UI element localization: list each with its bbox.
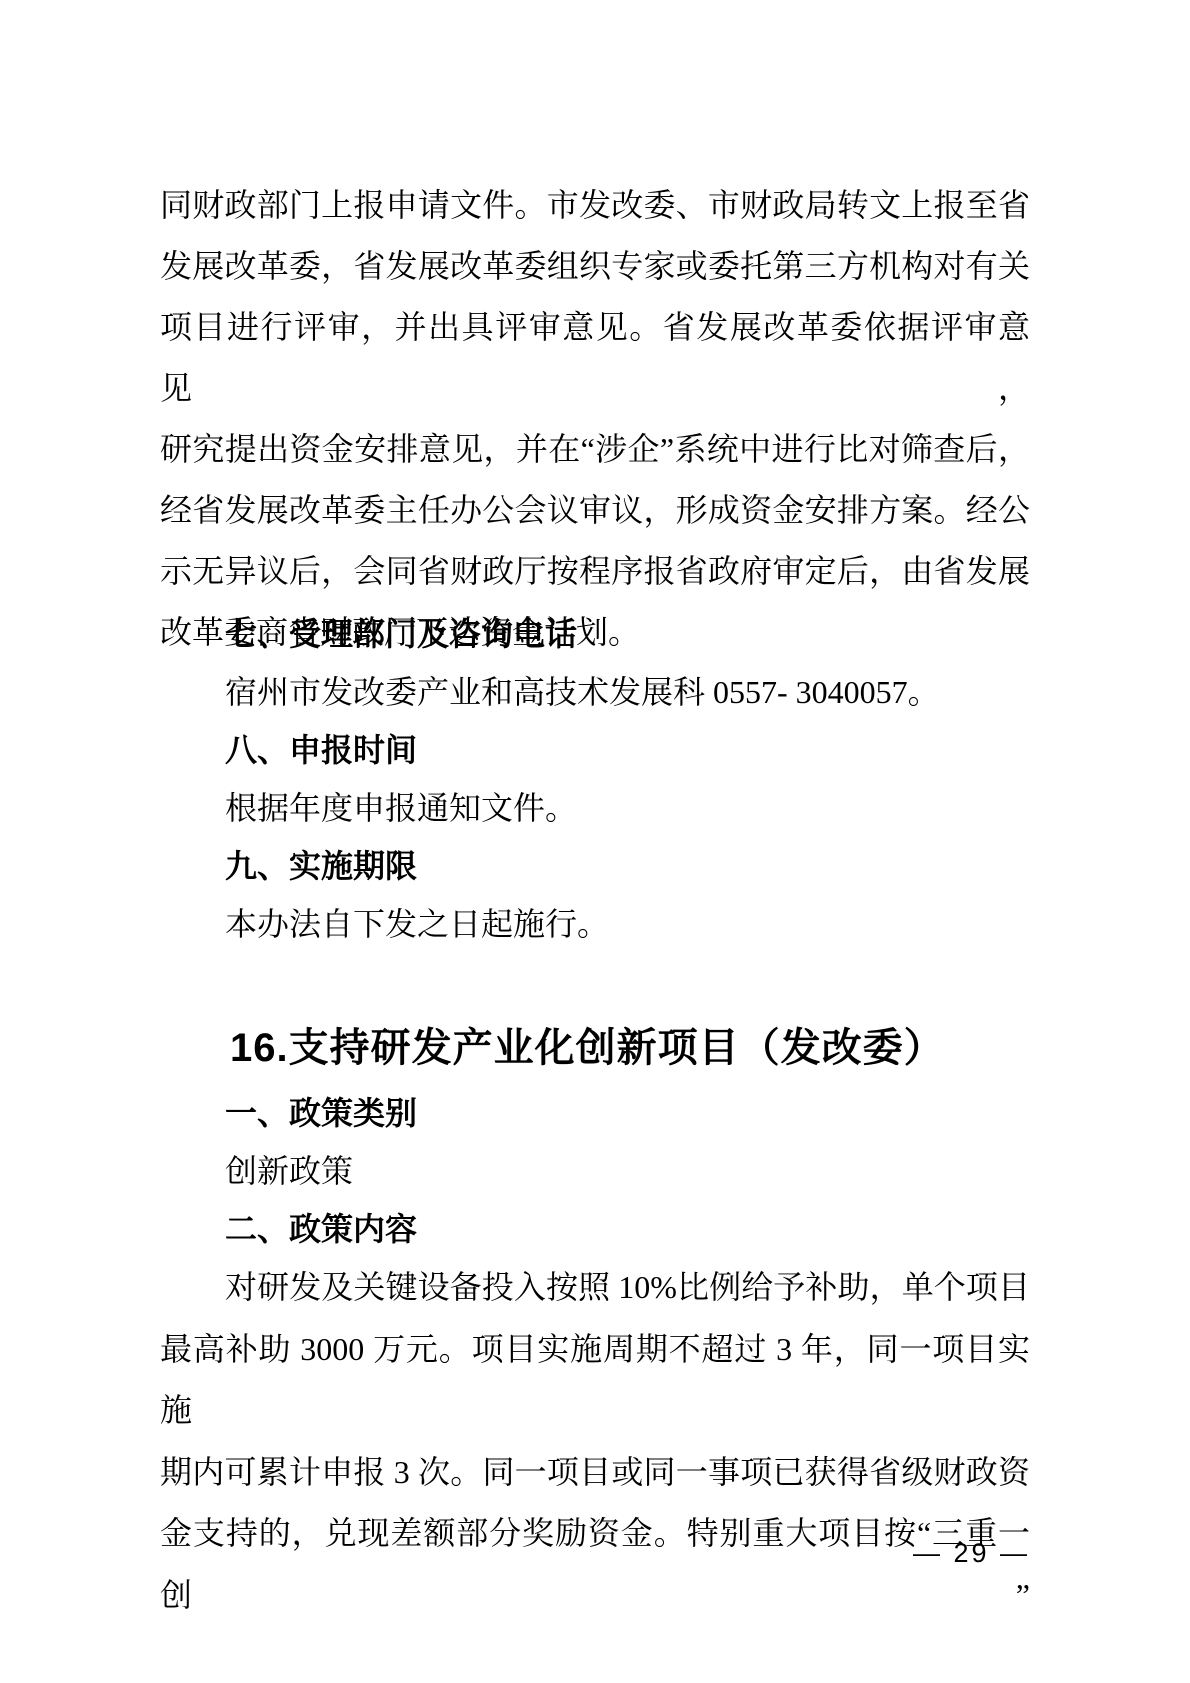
policy-content-paragraph: 对研发及关键设备投入按照 10%比例给予补助，单个项目 最高补助 3000 万元… (160, 1257, 1030, 1626)
section-8-body: 根据年度申报通知文件。 (160, 779, 1030, 837)
section-8-heading: 八、申报时间 (160, 721, 1030, 779)
continued-paragraph: 同财政部门上报申请文件。市发改委、市财政局转文上报至省 发展改革委，省发展改革委… (160, 175, 1030, 663)
body-line: 研究提出资金安排意见，并在“涉企”系统中进行比对筛查后， (160, 419, 1030, 480)
section-7-heading: 七、受理部门及咨询电话 (160, 605, 1030, 663)
sections-7-8-9: 七、受理部门及咨询电话 宿州市发改委产业和高技术发展科 0557- 304005… (160, 605, 1030, 953)
body-line: 经省发展改革委主任办公会议审议，形成资金安排方案。经公 (160, 480, 1030, 541)
body-line: 对研发及关键设备投入按照 10%比例给予补助，单个项目 (160, 1257, 1030, 1319)
item-16-title: 16.支持研发产业化创新项目（发改委） (160, 1020, 1030, 1076)
body-line: 示无异议后，会同省财政厅按程序报省政府审定后，由省发展 (160, 541, 1030, 602)
policy-category-heading: 一、政策类别 (160, 1084, 1030, 1142)
body-line: 期内可累计申报 3 次。同一项目或同一事项已获得省级财政资 (160, 1442, 1030, 1504)
item-16-sections: 一、政策类别 创新政策 二、政策内容 (160, 1084, 1030, 1258)
section-7-body: 宿州市发改委产业和高技术发展科 0557- 3040057。 (160, 663, 1030, 721)
policy-content-heading: 二、政策内容 (160, 1200, 1030, 1258)
body-line: 最高补助 3000 万元。项目实施周期不超过 3 年，同一项目实施 (160, 1319, 1030, 1442)
body-line: 发展改革委，省发展改革委组织专家或委托第三方机构对有关 (160, 236, 1030, 297)
document-page: 同财政部门上报申请文件。市发改委、市财政局转文上报至省 发展改革委，省发展改革委… (0, 0, 1190, 1683)
page-number: — 29 — (160, 1537, 1030, 1569)
policy-category-body: 创新政策 (160, 1142, 1030, 1200)
section-9-body: 本办法自下发之日起施行。 (160, 895, 1030, 953)
section-9-heading: 九、实施期限 (160, 837, 1030, 895)
body-line: 同财政部门上报申请文件。市发改委、市财政局转文上报至省 (160, 175, 1030, 236)
item-16-title-block: 16.支持研发产业化创新项目（发改委） (160, 1020, 1030, 1076)
body-line: 项目进行评审，并出具评审意见。省发展改革委依据评审意见， (160, 297, 1030, 419)
